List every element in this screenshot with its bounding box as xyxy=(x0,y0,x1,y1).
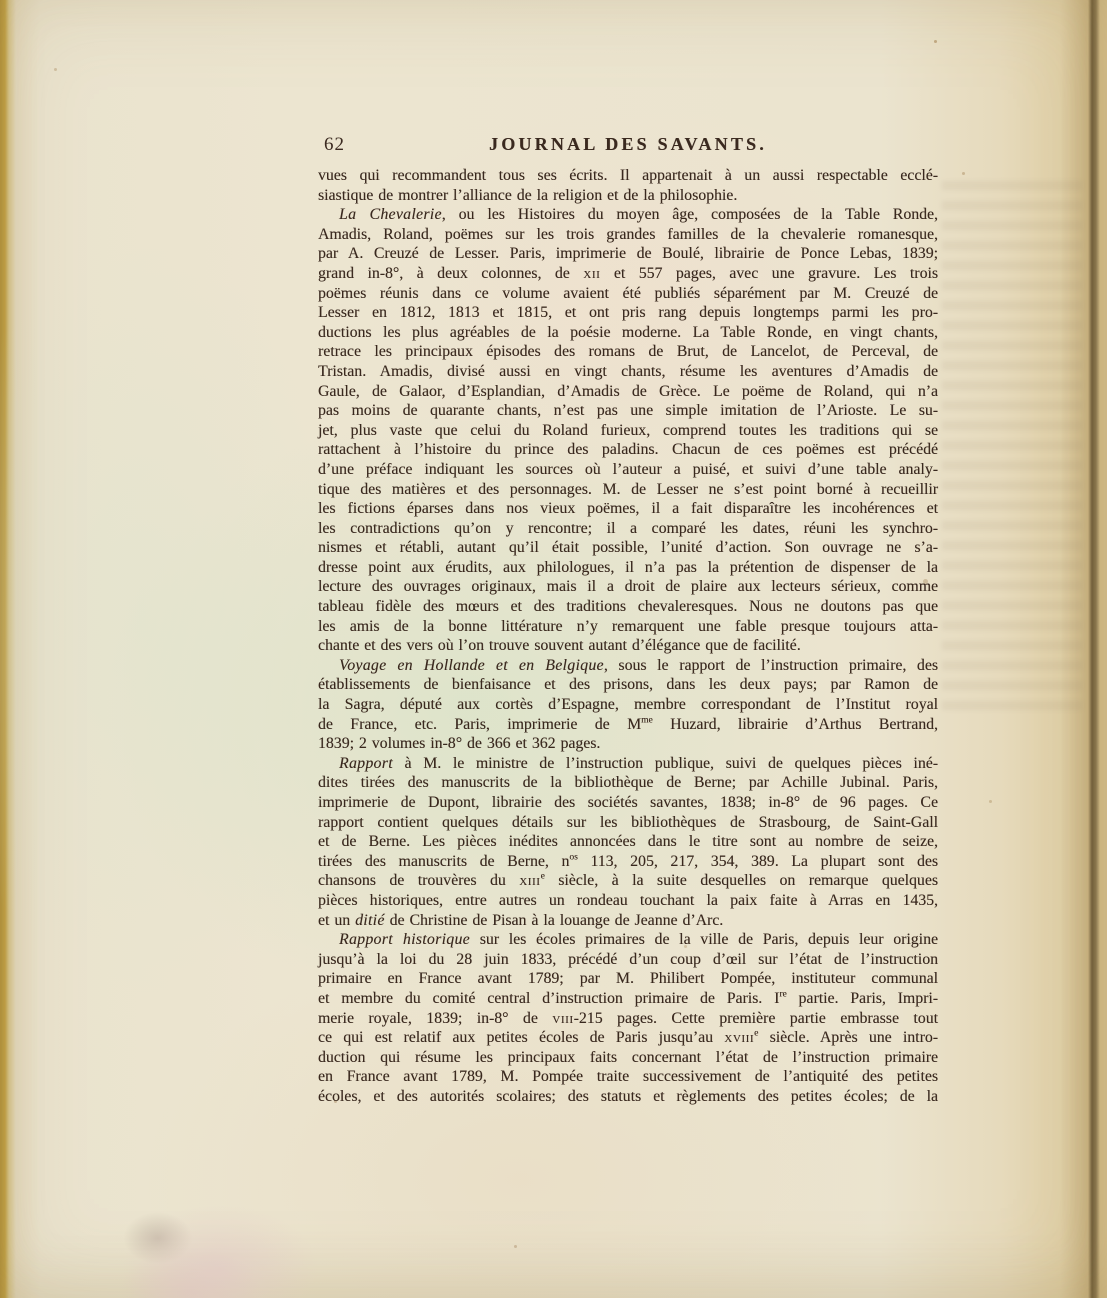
text-line: et un ditié de Christine de Pisan à la l… xyxy=(318,911,938,931)
text-line: 1839; 2 volumes in-8° de 366 et 362 page… xyxy=(318,734,938,754)
text-line: établissements de bienfaisance et des pr… xyxy=(318,675,938,695)
journal-title: JOURNAL DES SAVANTS. xyxy=(318,132,938,155)
text-line: merie royale, 1839; in-8° de viii-215 pa… xyxy=(318,1009,938,1029)
text-line: les contradictions qu’on y rencontre; il… xyxy=(318,519,938,539)
text-line: Tristan. Amadis, divisé aussi en vingt c… xyxy=(318,362,938,382)
text-line: duction qui résume les principaux faits … xyxy=(318,1048,938,1068)
text-line: et de Berne. Les pièces inédites annoncé… xyxy=(318,832,938,852)
text-line: lecture des ouvrages originaux, mais il … xyxy=(318,577,938,597)
text-line: retrace les principaux épisodes des roma… xyxy=(318,342,938,362)
foxing-specks xyxy=(934,40,937,43)
text-line: la Sagra, député aux cortès d’Espagne, m… xyxy=(318,695,938,715)
text-line: Amadis, Roland, poëmes sur les trois gra… xyxy=(318,225,938,245)
text-line: les amis de la bonne littérature n’y rem… xyxy=(318,617,938,637)
text-line: les fictions éparses dans nos vieux poëm… xyxy=(318,499,938,519)
text-line: vues qui recommandent tous ses écrits. I… xyxy=(318,166,938,186)
text-line: primaire en France avant 1789; par M. Ph… xyxy=(318,969,938,989)
text-line: tique des matières et des personnages. M… xyxy=(318,480,938,500)
text-line: dites tirées des manuscrits de la biblio… xyxy=(318,773,938,793)
text-line: Voyage en Hollande et en Belgique, sous … xyxy=(318,656,938,676)
text-line: écoles, et des autorités scolaires; des … xyxy=(318,1087,938,1107)
text-line: Rapport à M. le ministre de l’instructio… xyxy=(318,754,938,774)
text-line: pièces historiques, entre autres un rond… xyxy=(318,891,938,911)
page-content: 62 JOURNAL DES SAVANTS. vues qui recomma… xyxy=(318,132,938,1107)
text-line: chante et des vers où l’on trouve souven… xyxy=(318,636,938,656)
text-line: pas moins de quarante chants, n’est pas … xyxy=(318,401,938,421)
text-line: Gaule, de Galaor, d’Esplandian, d’Amadis… xyxy=(318,382,938,402)
text-line: rapport contient quelques détails sur le… xyxy=(318,813,938,833)
page-body: vues qui recommandent tous ses écrits. I… xyxy=(318,166,938,1107)
text-line: tableau fidèle des mœurs et des traditio… xyxy=(318,597,938,617)
text-line: ce qui est relatif aux petites écoles de… xyxy=(318,1028,938,1048)
text-line: imprimerie de Dupont, librairie des soci… xyxy=(318,793,938,813)
text-line: d’une préface indiquant les sources où l… xyxy=(318,460,938,480)
text-line: par A. Creuzé de Lesser. Paris, imprimer… xyxy=(318,244,938,264)
text-line: nismes et rétabli, autant qu’il était po… xyxy=(318,538,938,558)
text-line: poëmes réunis dans ce volume avaient été… xyxy=(318,284,938,304)
ink-bleed-through xyxy=(942,170,1082,710)
text-line: tirées des manuscrits de Berne, nos 113,… xyxy=(318,852,938,872)
text-line: de France, etc. Paris, imprimerie de Mme… xyxy=(318,715,938,735)
text-line: ductions les plus agréables de la poésie… xyxy=(318,323,938,343)
page-header: 62 JOURNAL DES SAVANTS. xyxy=(318,132,938,166)
text-line: rattachent à l’histoire du prince des pa… xyxy=(318,440,938,460)
text-line: dresse point aux érudits, aux philologue… xyxy=(318,558,938,578)
page-number: 62 xyxy=(324,134,345,156)
text-line: jusqu’à la loi du 28 juin 1833, précédé … xyxy=(318,950,938,970)
text-line: siastique de montrer l’alliance de la re… xyxy=(318,186,938,206)
text-line: Lesser en 1812, 1813 et 1815, et ont pri… xyxy=(318,303,938,323)
scanned-page: 62 JOURNAL DES SAVANTS. vues qui recomma… xyxy=(0,0,1107,1298)
text-line: en France avant 1789, M. Pompée traite s… xyxy=(318,1067,938,1087)
text-line: grand in-8°, à deux colonnes, de xii et … xyxy=(318,264,938,284)
text-line: La Chevalerie, ou les Histoires du moyen… xyxy=(318,205,938,225)
text-line: jet, plus vaste que celui du Roland furi… xyxy=(318,421,938,441)
text-line: et membre du comité central d’instructio… xyxy=(318,989,938,1009)
text-line: chansons de trouvères du xiiie siècle, à… xyxy=(318,871,938,891)
text-line: Rapport historique sur les écoles primai… xyxy=(318,930,938,950)
